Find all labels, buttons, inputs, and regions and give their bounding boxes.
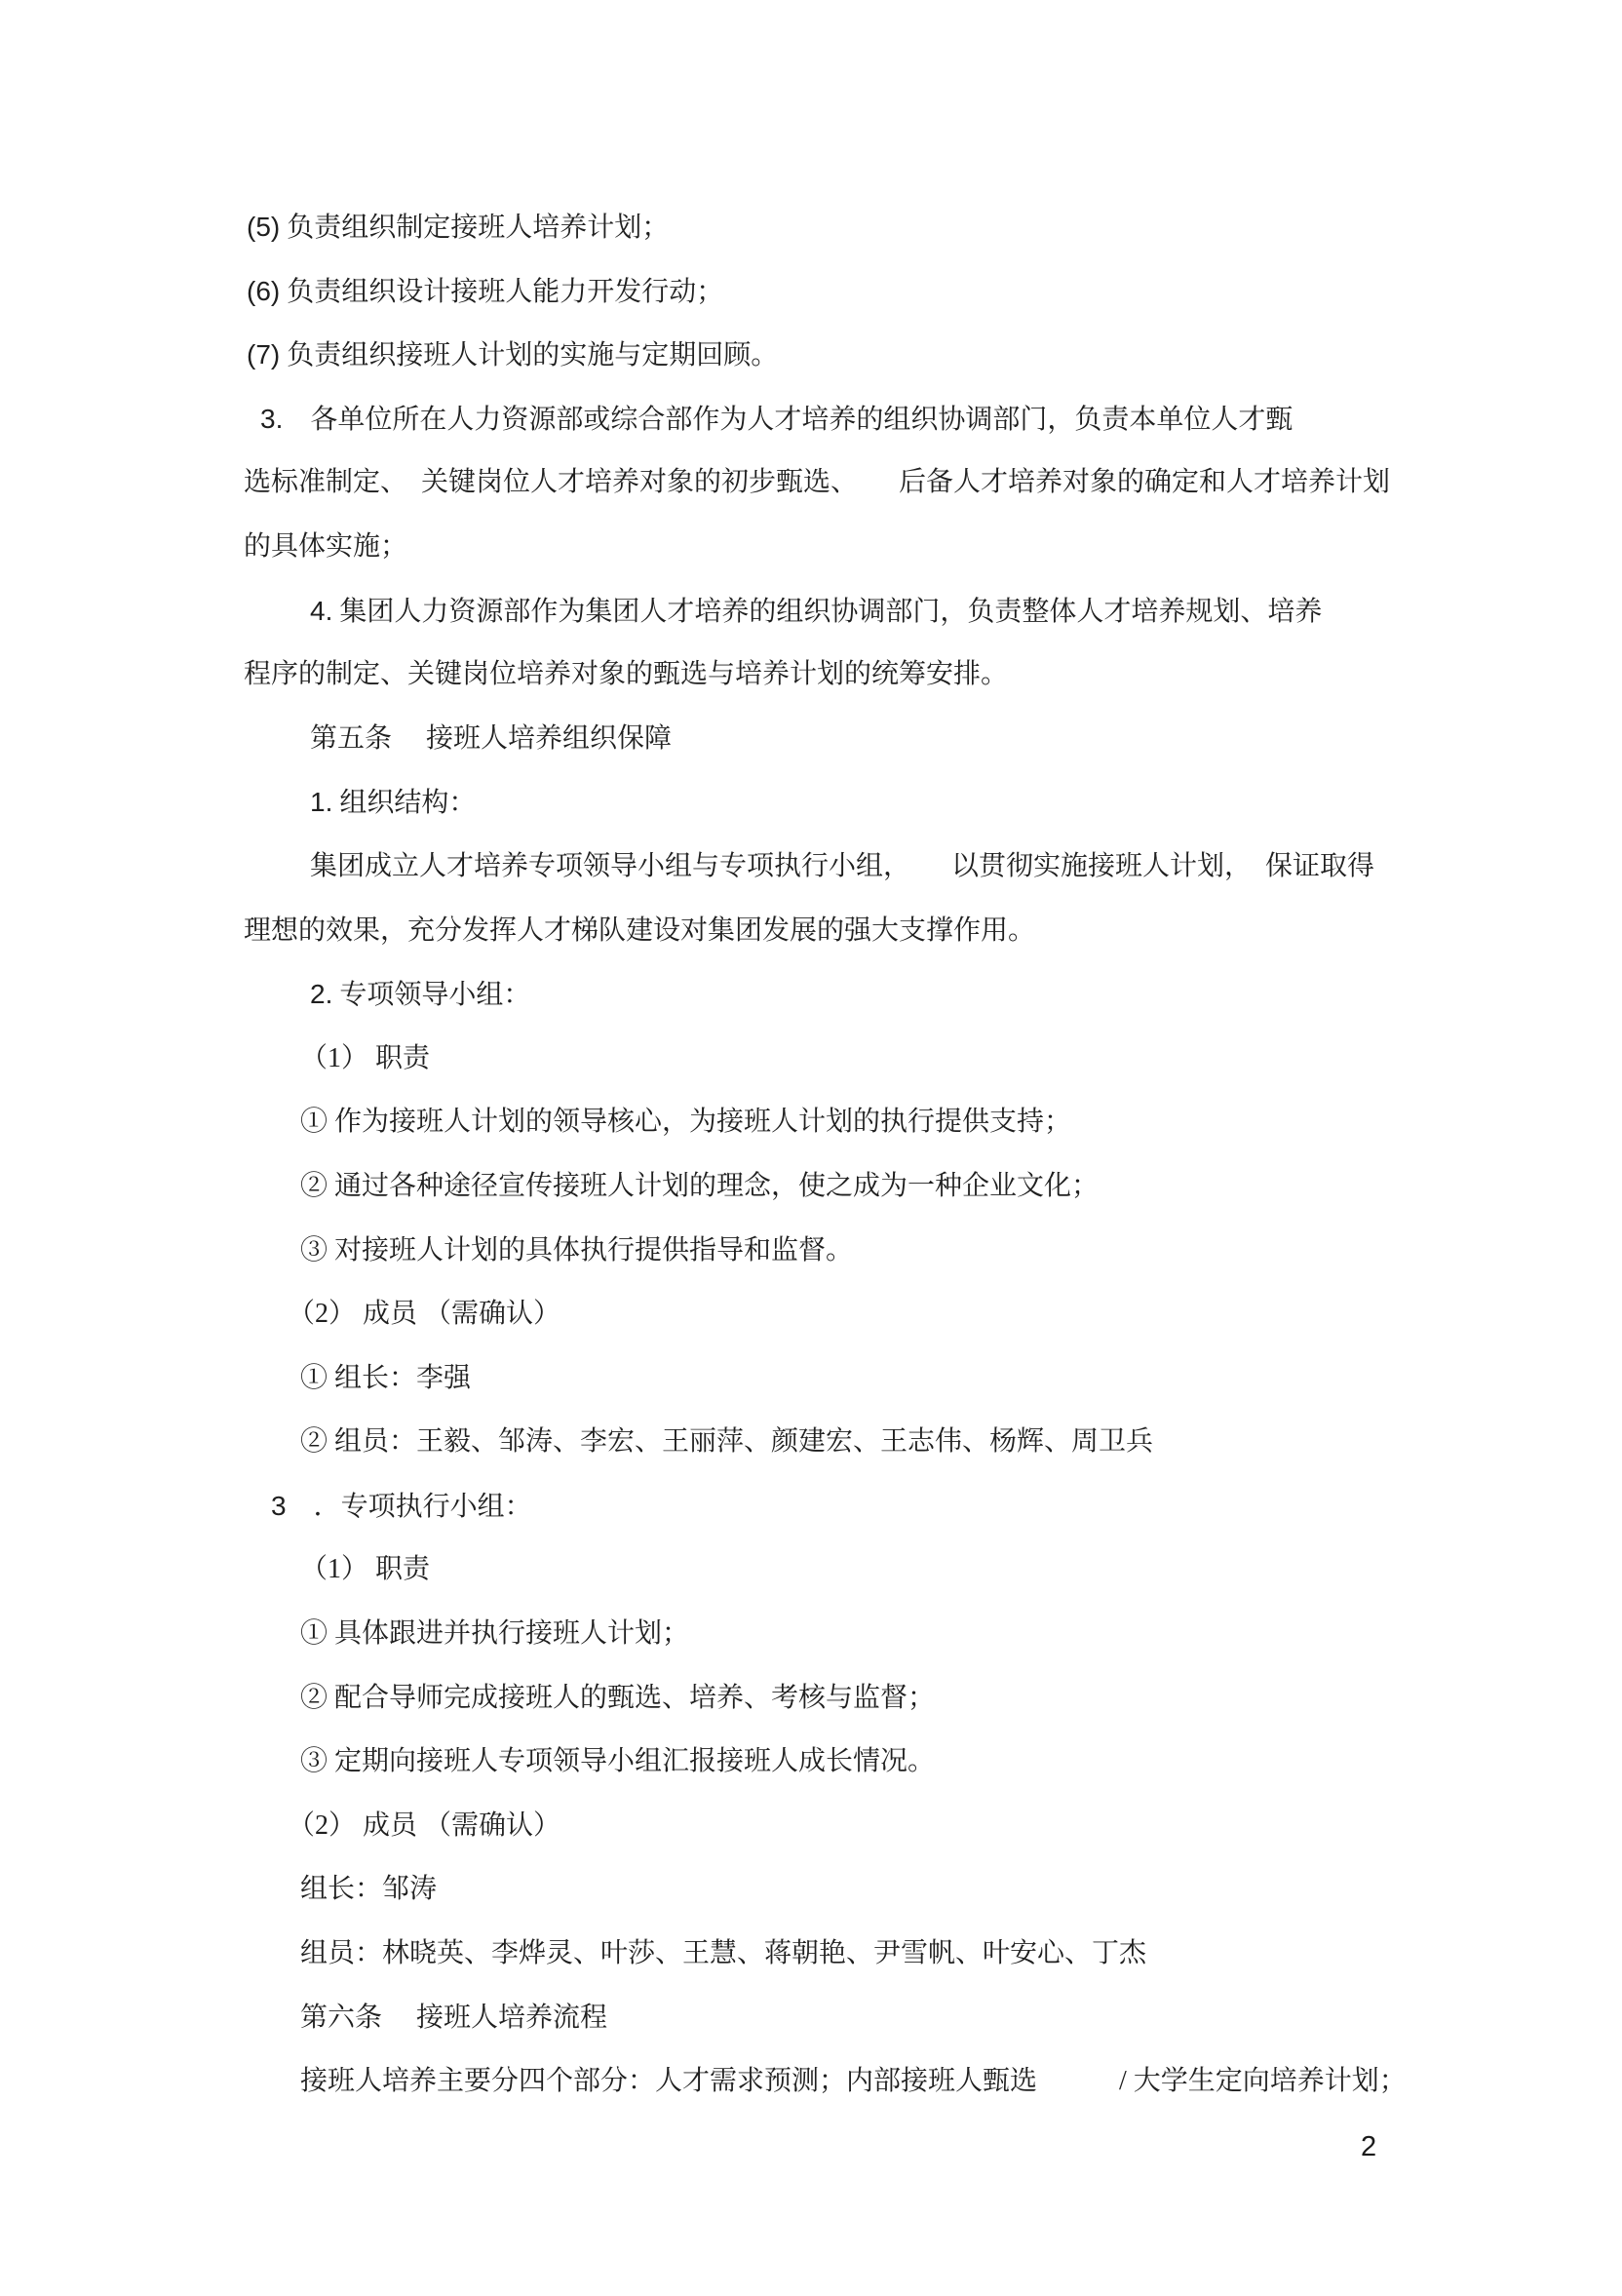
list-item-7: (7) 负责组织接班人计划的实施与定期回顾。 bbox=[0, 323, 1622, 387]
para-item-3-cont: 选标准制定、 关键岗位人才培养对象的初步甄选、 后备人才培养对象的确定和人才培养… bbox=[0, 450, 1622, 515]
line-text: 组员：林晓英、李烨灵、叶莎、王慧、蒋朝艳、尹雪帆、叶安心、丁杰 bbox=[300, 1938, 1146, 1968]
line-text: 选标准制定、 关键岗位人才培养对象的初步甄选、 后备人才培养对象的确定和人才培养… bbox=[244, 467, 1390, 497]
item-org-structure: 1. 组织结构： bbox=[0, 770, 1622, 835]
para-group-setup: 集团成立人才培养专项领导小组与专项执行小组， 以贯彻实施接班人计划， 保证取得 bbox=[0, 835, 1622, 899]
exec-member-list: 组员：林晓英、李烨灵、叶莎、王慧、蒋朝艳、尹雪帆、叶安心、丁杰 bbox=[0, 1922, 1622, 1986]
line-text: 第五条 接班人培养组织保障 bbox=[310, 723, 672, 754]
line-text: （2） 成员 （需确认） bbox=[288, 1299, 560, 1329]
line-text: 的具体实施； bbox=[244, 531, 407, 562]
line-text: ① 具体跟进并执行接班人计划； bbox=[300, 1618, 689, 1649]
line-text: 程序的制定、关键岗位培养对象的甄选与培养计划的统筹安排。 bbox=[244, 659, 1008, 689]
line-text: （1） 职责 bbox=[300, 1554, 430, 1584]
line-text: 负责组织制定接班人培养计划； bbox=[280, 213, 669, 243]
line-text: ③ 对接班人计划的具体执行提供指导和监督。 bbox=[300, 1235, 853, 1265]
list-number: 3. bbox=[260, 404, 283, 434]
exec-duty-3: ③ 定期向接班人专项领导小组汇报接班人成长情况。 bbox=[0, 1730, 1622, 1794]
line-text: ② 配合导师完成接班人的甄选、培养、考核与监督； bbox=[300, 1683, 935, 1713]
line-text: ① 作为接班人计划的领导核心，为接班人计划的执行提供支持； bbox=[300, 1107, 1071, 1137]
sub-heading-members: （2） 成员 （需确认） bbox=[0, 1282, 1622, 1346]
document-body: (5) 负责组织制定接班人培养计划； (6) 负责组织设计接班人能力开发行动； … bbox=[0, 195, 1622, 2114]
duty-item-3: ③ 对接班人计划的具体执行提供指导和监督。 bbox=[0, 1219, 1622, 1283]
member-list: ② 组员：王毅、邹涛、李宏、王丽萍、颜建宏、王志伟、杨辉、周卫兵 bbox=[0, 1410, 1622, 1474]
line-text: （2） 成员 （需确认） bbox=[288, 1810, 560, 1841]
duty-item-2: ② 通过各种途径宣传接班人计划的理念，使之成为一种企业文化； bbox=[0, 1154, 1622, 1219]
para-item-4-cont: 程序的制定、关键岗位培养对象的甄选与培养计划的统筹安排。 bbox=[0, 642, 1622, 707]
document-page: (5) 负责组织制定接班人培养计划； (6) 负责组织设计接班人能力开发行动； … bbox=[0, 0, 1622, 2296]
exec-duty-2: ② 配合导师完成接班人的甄选、培养、考核与监督； bbox=[0, 1666, 1622, 1731]
line-text: 接班人培养主要分四个部分：人才需求预测；内部接班人甄选 / 大学生定向培养计划； bbox=[300, 2066, 1407, 2096]
line-text: ② 组员：王毅、邹涛、李宏、王丽萍、颜建宏、王志伟、杨辉、周卫兵 bbox=[300, 1426, 1153, 1457]
list-number: 1. bbox=[310, 787, 332, 817]
line-text: 负责组织接班人计划的实施与定期回顾。 bbox=[280, 340, 778, 370]
line-text: ．专项执行小组： bbox=[287, 1492, 532, 1522]
line-text: 集团人力资源部作为集团人才培养的组织协调部门，负责整体人才培养规划、培养 bbox=[332, 597, 1322, 627]
member-leader: ① 组长：李强 bbox=[0, 1346, 1622, 1411]
list-number: 3 bbox=[271, 1491, 287, 1521]
list-item-6: (6) 负责组织设计接班人能力开发行动； bbox=[0, 259, 1622, 324]
line-text: 组织结构： bbox=[332, 788, 476, 818]
duty-item-1: ① 作为接班人计划的领导核心，为接班人计划的执行提供支持； bbox=[0, 1090, 1622, 1154]
line-text: 专项领导小组： bbox=[332, 980, 530, 1010]
sub-heading-duties-2: （1） 职责 bbox=[0, 1537, 1622, 1602]
line-text: 组长：邹涛 bbox=[300, 1874, 437, 1904]
line-text: 理想的效果，充分发挥人才梯队建设对集团发展的强大支撑作用。 bbox=[244, 915, 1035, 946]
line-text: （1） 职责 bbox=[300, 1043, 430, 1073]
para-group-setup-cont: 理想的效果，充分发挥人才梯队建设对集团发展的强大支撑作用。 bbox=[0, 899, 1622, 963]
para-item-3-cont-2: 的具体实施； bbox=[0, 515, 1622, 579]
list-number: 2. bbox=[310, 979, 332, 1009]
line-text: ② 通过各种途径宣传接班人计划的理念，使之成为一种企业文化； bbox=[300, 1171, 1099, 1201]
line-text: 负责组织设计接班人能力开发行动； bbox=[280, 277, 723, 307]
line-text: 第六条 接班人培养流程 bbox=[300, 2003, 607, 2033]
list-number: (6) bbox=[247, 276, 280, 306]
list-item-5: (5) 负责组织制定接班人培养计划； bbox=[0, 195, 1622, 259]
heading-article-6: 第六条 接班人培养流程 bbox=[0, 1986, 1622, 2050]
exec-duty-1: ① 具体跟进并执行接班人计划； bbox=[0, 1602, 1622, 1666]
line-text: 集团成立人才培养专项领导小组与专项执行小组， 以贯彻实施接班人计划， 保证取得 bbox=[310, 851, 1374, 881]
para-training-process: 接班人培养主要分四个部分：人才需求预测；内部接班人甄选 / 大学生定向培养计划； bbox=[0, 2049, 1622, 2114]
para-item-3: 3. 各单位所在人力资源部或综合部作为人才培养的组织协调部门，负责本单位人才甄 bbox=[0, 387, 1622, 451]
para-item-4: 4. 集团人力资源部作为集团人才培养的组织协调部门，负责整体人才培养规划、培养 bbox=[0, 579, 1622, 643]
line-text: ① 组长：李强 bbox=[300, 1363, 471, 1393]
sub-heading-duties: （1） 职责 bbox=[0, 1027, 1622, 1091]
line-text: ③ 定期向接班人专项领导小组汇报接班人成长情况。 bbox=[300, 1746, 935, 1776]
item-exec-group: 3 ．专项执行小组： bbox=[0, 1474, 1622, 1538]
item-leading-group: 2. 专项领导小组： bbox=[0, 962, 1622, 1027]
list-number: (5) bbox=[247, 212, 280, 242]
sub-heading-members-2: （2） 成员 （需确认） bbox=[0, 1794, 1622, 1858]
page-number: 2 bbox=[1361, 2127, 1376, 2166]
exec-leader: 组长：邹涛 bbox=[0, 1857, 1622, 1922]
heading-article-5: 第五条 接班人培养组织保障 bbox=[0, 707, 1622, 771]
line-text: 各单位所在人力资源部或综合部作为人才培养的组织协调部门，负责本单位人才甄 bbox=[283, 405, 1293, 435]
list-number: (7) bbox=[247, 339, 280, 370]
list-number: 4. bbox=[310, 596, 332, 626]
